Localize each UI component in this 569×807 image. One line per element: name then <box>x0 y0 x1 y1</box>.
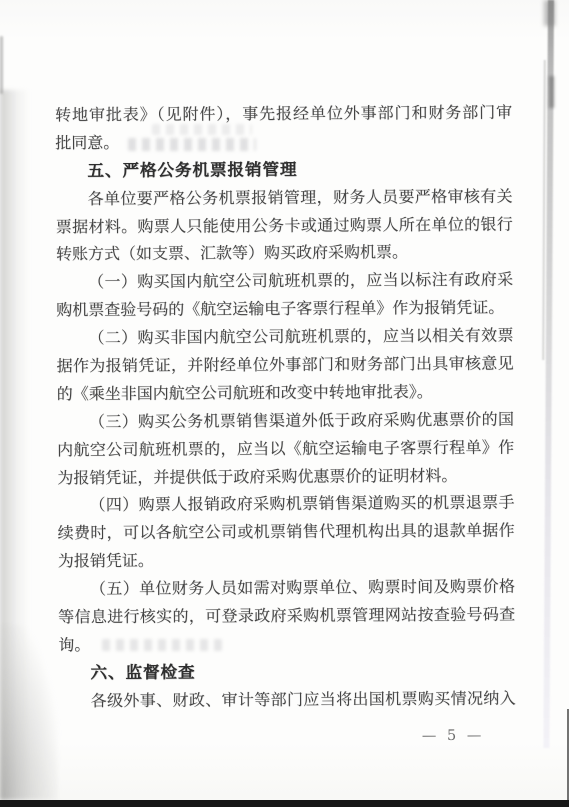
document-line: 询。 <box>58 629 515 660</box>
document-line: 批同意。 <box>55 127 512 158</box>
document-line: 转账方式（如支票、汇款等）购买政府采购机票。 <box>56 238 513 269</box>
document-line: 的《乘坐非国内航空公司航班和改变中转地审批表》。 <box>57 378 514 409</box>
document-line: （二）购买非国内航空公司航班机票的，应当以相关有效票 <box>56 322 513 353</box>
paper-right-edge-dark-mark <box>549 76 554 108</box>
text-block: — 5 — 转地审批表》（见附件），事先报经单位外事部门和财务部门审批同意。五、… <box>55 99 516 762</box>
document-line: 续费时，可以各航空公司或机票销售代理机构出具的退款单据作 <box>58 517 515 548</box>
document-line: （一）购买国内航空公司航班机票的，应当以标注有政府采 <box>56 266 513 297</box>
paper-right-top-smudge <box>544 0 555 26</box>
document-line: 为报销凭证，并提供低于政府采购优惠票价的证明材料。 <box>57 461 514 492</box>
document-line: 各级外事、财政、审计等部门应当将出国机票购买情况纳入 <box>59 684 516 715</box>
document-line: （三）购买公务机票销售渠道外低于政府采购优惠票价的国 <box>57 405 514 436</box>
document-line: （五）单位财务人员如需对购票单位、购票时间及购票价格 <box>58 573 515 604</box>
section-heading: 五、严格公务机票报销管理 <box>55 154 512 185</box>
document-line: 各单位要严格公务机票报销管理，财务人员要严格审核有关 <box>55 182 512 213</box>
scanned-paper-page: — 5 — 转地审批表》（见附件），事先报经单位外事部门和财务部门审批同意。五、… <box>0 0 569 807</box>
document-line: 转地审批表》（见附件），事先报经单位外事部门和财务部门审 <box>55 99 512 130</box>
document-line: （四）购票人报销政府采购机票销售渠道购买的机票退票手 <box>57 489 514 520</box>
document-line: 为报销凭证。 <box>58 545 515 576</box>
paper-bottom-left-shadow <box>0 625 58 800</box>
document-line: 等信息进行核实的，可登录政府采购机票管理网站按查验号码查 <box>58 601 515 632</box>
document-line: 购机票查验号码的《航空运输电子客票行程单》作为报销凭证。 <box>56 294 513 325</box>
document-line: 据作为报销凭证，并附经单位外事部门和财务部门出具审核意见 <box>57 350 514 381</box>
document-line: 票据材料。购票人只能使用公务卡或通过购票人所在单位的银行 <box>56 210 513 241</box>
paper-left-edge-mark <box>0 36 3 94</box>
scanner-bottom-bar <box>0 800 569 807</box>
page-number: — 5 — <box>422 728 485 744</box>
section-heading: 六、监督检查 <box>58 656 515 687</box>
document-line: 内航空公司航班机票的，应当以《航空运输电子客票行程单》作 <box>57 433 514 464</box>
